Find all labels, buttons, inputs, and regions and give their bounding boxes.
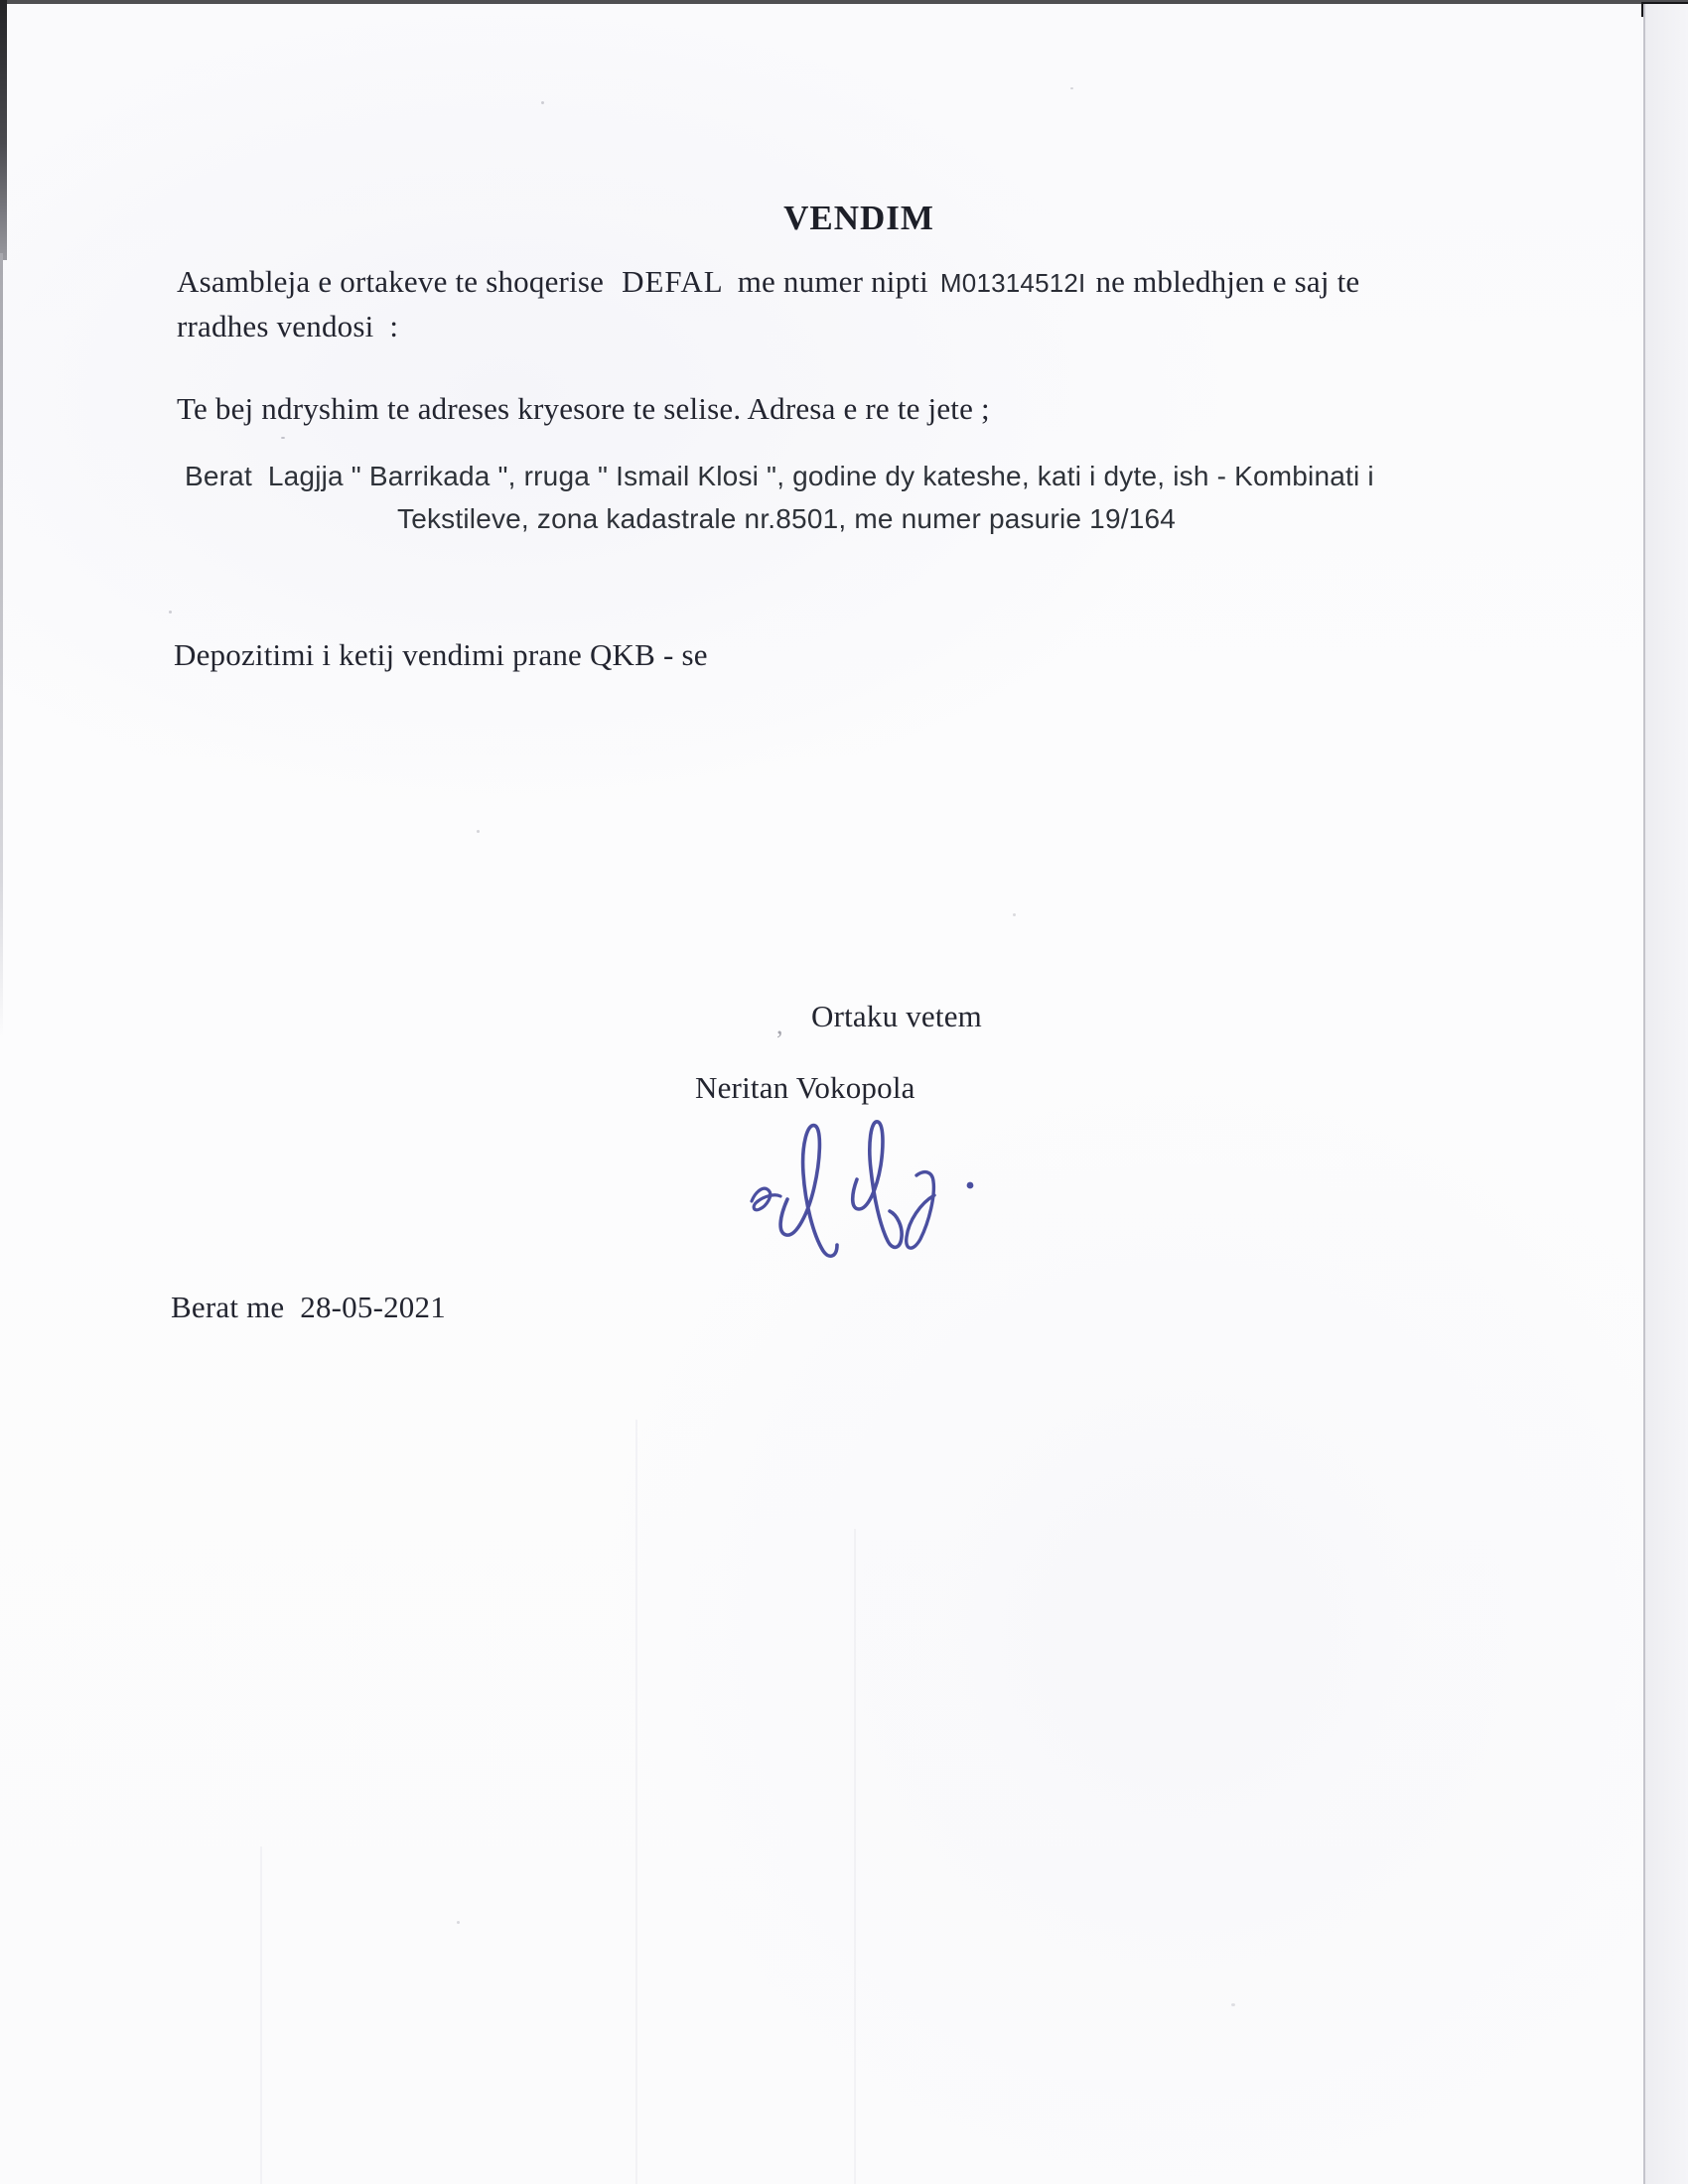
scanned-document-page: VENDIM Asambleja e ortakeve te shoqerise… [0, 0, 1688, 2184]
scan-speck [1231, 2003, 1235, 2006]
paragraph1-end: ne mbledhjen e saj te [1095, 264, 1359, 299]
address-line-2: Tekstileve, zona kadastrale nr.8501, me … [397, 497, 1176, 540]
paper-crease [260, 1846, 262, 2184]
company-name: DEFAL [622, 264, 724, 299]
paragraph1-mid: me numer nipti [738, 264, 928, 299]
deposit-statement: Depozitimi i ketij vendimi prane QKB - s… [174, 633, 708, 676]
scan-speck [169, 611, 172, 614]
scan-right-gutter [1645, 4, 1688, 2184]
scan-speck [281, 437, 285, 439]
scan-speck [477, 830, 480, 833]
paragraph1-line2: rradhes vendosi : [177, 309, 398, 343]
signatory-role: Ortaku vetem [811, 995, 982, 1037]
decision-paragraph: Asambleja e ortakeve te shoqeriseDEFALme… [177, 260, 1458, 347]
nipt-number: M01314512I [940, 268, 1086, 298]
paragraph1-intro: Asambleja e ortakeve te shoqerise [177, 264, 604, 299]
decision-statement: Te bej ndryshim te adreses kryesore te s… [177, 387, 990, 430]
paper-crease [635, 1420, 637, 2184]
scan-ink-mark: , [776, 1011, 783, 1040]
document-title: VENDIM [164, 199, 1554, 238]
paper-crease [854, 1529, 856, 2184]
handwritten-signature [730, 1084, 1038, 1273]
address-line-1: Berat Lagjja " Barrikada ", rruga " Isma… [185, 455, 1374, 497]
scan-left-edge-shadow [0, 0, 7, 260]
scan-speck [457, 1921, 460, 1924]
scan-speck [1070, 87, 1073, 89]
scan-speck [541, 101, 544, 104]
scan-top-edge [0, 0, 1688, 4]
scan-left-edge-line [0, 253, 3, 1037]
place-and-date: Berat me 28-05-2021 [171, 1286, 446, 1328]
scan-speck [1013, 913, 1016, 916]
